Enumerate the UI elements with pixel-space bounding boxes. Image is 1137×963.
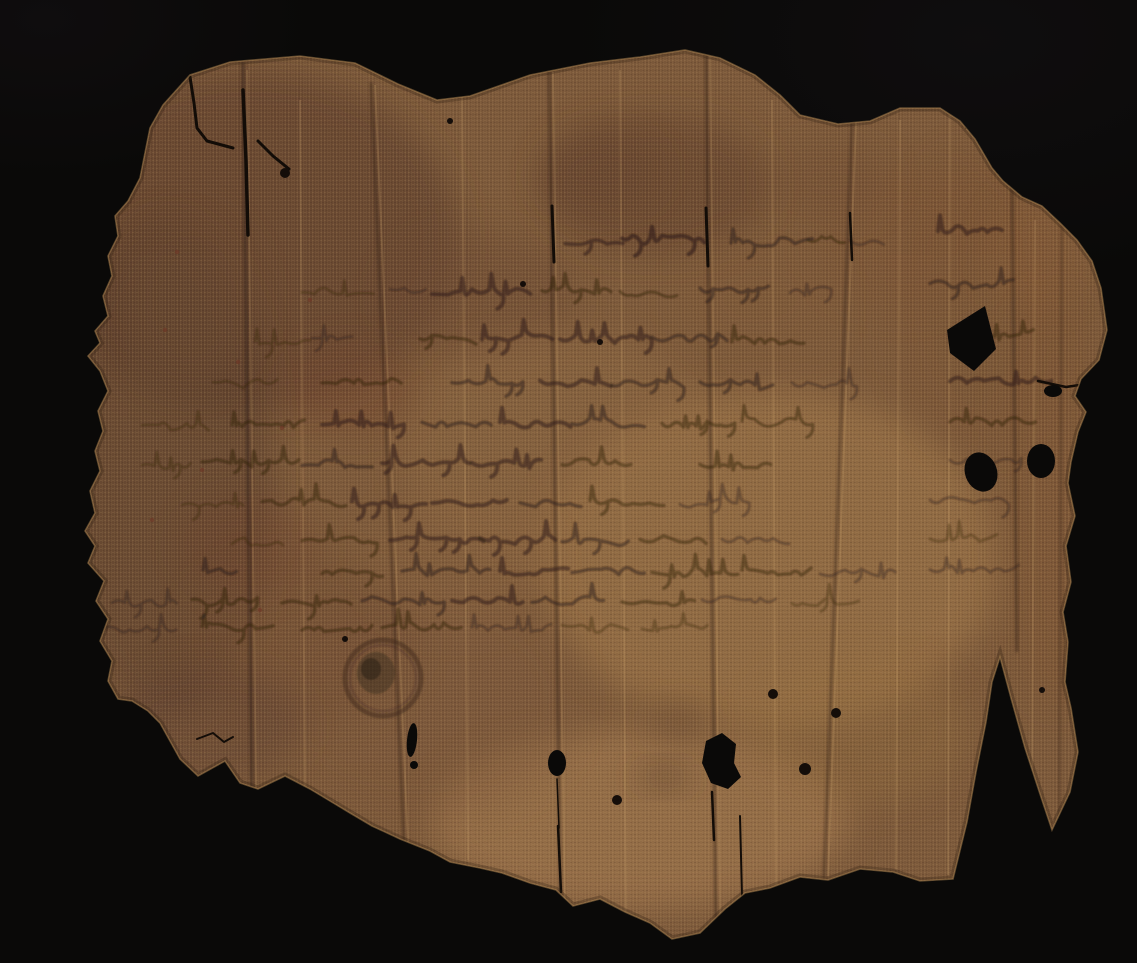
papyrus-fragment [0, 0, 1137, 963]
photo-canvas [0, 0, 1137, 963]
manuscript-photo [0, 0, 1137, 963]
